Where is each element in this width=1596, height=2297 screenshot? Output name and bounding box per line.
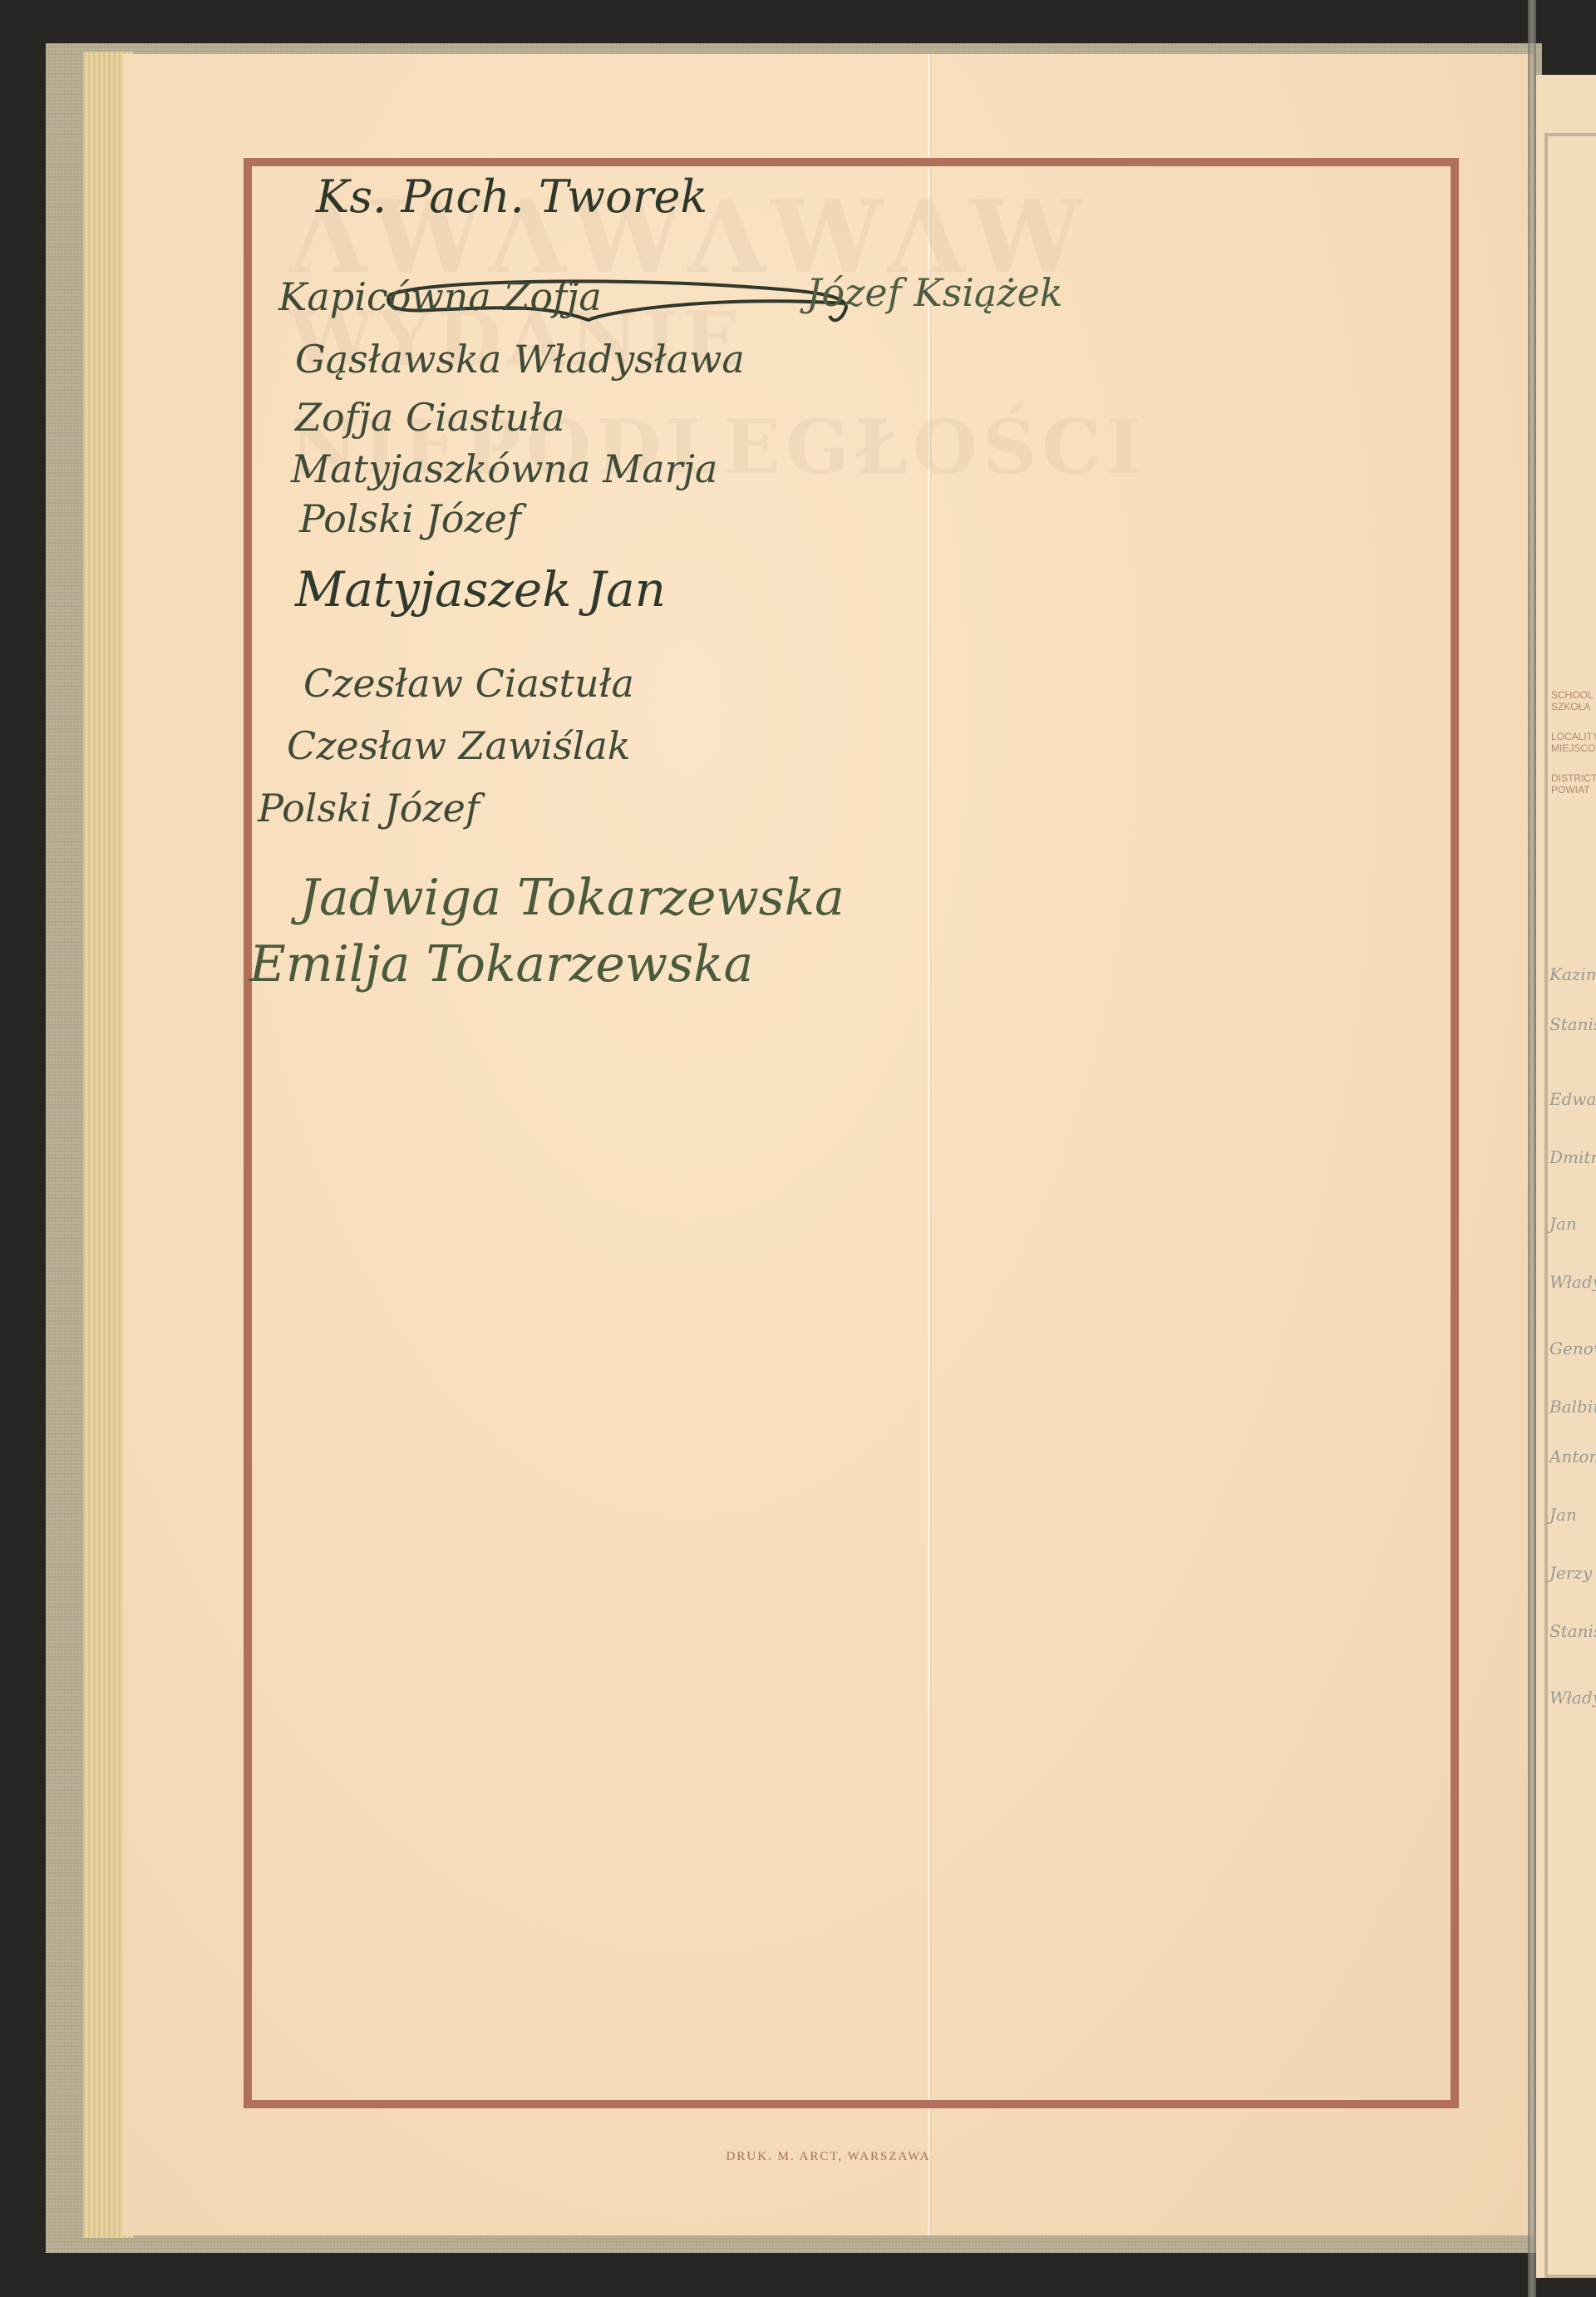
- facing-label: POWIAT: [1551, 785, 1589, 796]
- facing-signature: Kazimierz: [1549, 964, 1596, 984]
- facing-signature: Dmitr: [1549, 1147, 1596, 1167]
- signature: Polski Józef: [258, 786, 480, 831]
- facing-label: SZKOŁA: [1551, 702, 1590, 712]
- facing-signature: Edward: [1549, 1089, 1596, 1109]
- signature: Matyjaszek Jan: [295, 561, 666, 618]
- facing-signature: Jan: [1549, 1214, 1577, 1234]
- facing-signature: Stanisław: [1549, 1621, 1596, 1641]
- facing-page-border: [1544, 133, 1596, 2278]
- facing-signature: Władysław: [1549, 1272, 1596, 1292]
- signature: Czesław Ciastuła: [303, 661, 634, 706]
- facing-page: SCHOOL SZKOŁA LOCALITY MIEJSCOW DISTRICT…: [1536, 75, 1596, 2278]
- printer-imprint: DRUK. M. ARCT, WARSZAWA: [123, 2150, 1534, 2164]
- facing-label: DISTRICT: [1551, 773, 1596, 784]
- signature: Matyjaszkówna Marja: [291, 446, 717, 491]
- facing-signature: Jerzy: [1549, 1563, 1592, 1583]
- facing-signature: Antonina: [1549, 1447, 1596, 1466]
- facing-signature: Balbina: [1549, 1397, 1596, 1417]
- signature: Polski Józef: [299, 496, 521, 541]
- signature-right: Józef Książek: [806, 270, 1063, 315]
- facing-signature: Stanisław: [1549, 1014, 1596, 1034]
- book-gutter: [1528, 0, 1536, 2297]
- signature: Kapicówna Zofja: [278, 274, 602, 319]
- signature: Ks. Pach. Tworek: [316, 170, 707, 223]
- facing-label: MIEJSCOW: [1551, 743, 1596, 754]
- facing-label: LOCALITY: [1551, 732, 1596, 742]
- signature: Gąsławska Władysława: [295, 337, 745, 382]
- document-page: ΛWΛWΛWΛW WYDANIE NIEPODLEGŁOŚCI Ks. Pach…: [123, 54, 1534, 2235]
- signature: Zofja Ciastuła: [295, 395, 564, 440]
- facing-signature: Władysław: [1549, 1688, 1596, 1708]
- signature: Emilja Tokarzewska: [249, 935, 753, 993]
- signature: Jadwiga Tokarzewska: [299, 869, 845, 927]
- signature: Czesław Zawiślak: [287, 723, 631, 768]
- facing-signature: Genowefa: [1549, 1338, 1596, 1358]
- facing-signature: Jan: [1549, 1505, 1577, 1525]
- facing-label: SCHOOL: [1551, 690, 1594, 701]
